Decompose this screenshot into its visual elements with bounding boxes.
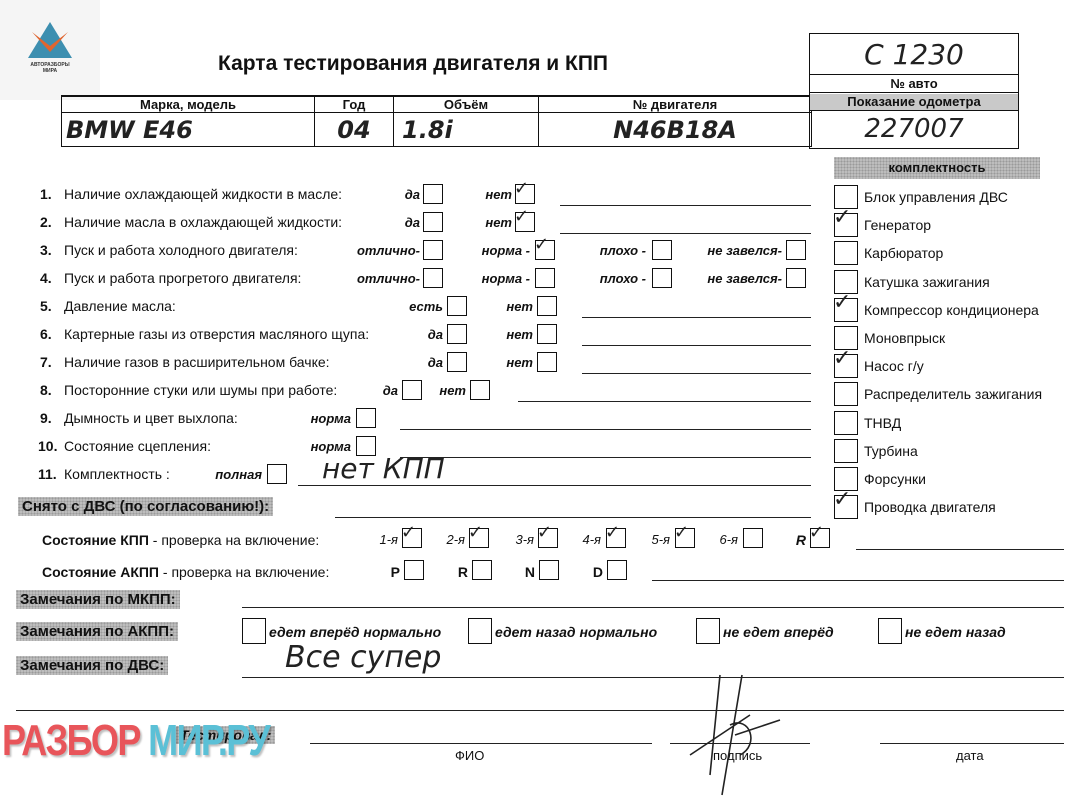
akpp-remark-label: не едет назад — [905, 624, 1006, 640]
option-checkbox[interactable]: ✓ — [535, 240, 555, 260]
option-checkbox[interactable] — [423, 240, 443, 260]
make-model-field[interactable]: BMW E46 — [62, 113, 315, 147]
option-label: полная — [215, 467, 262, 482]
option-label: норма — [311, 411, 351, 426]
volume-field[interactable]: 1.8i — [394, 113, 539, 147]
option-checkbox[interactable]: ✓ — [515, 212, 535, 232]
option-label: нет — [439, 383, 466, 398]
question-notes-input[interactable] — [400, 429, 811, 430]
vehicle-info-table: Марка, модель Год Объём № двигателя BMW … — [61, 95, 812, 147]
option-label: отлично- — [357, 271, 420, 286]
question-number: 10. — [38, 438, 57, 454]
option-label: норма - — [482, 271, 530, 286]
kpp-label: Состояние КПП - проверка на включение: — [42, 532, 319, 548]
option-label: да — [383, 383, 398, 398]
option-label: плохо - — [600, 243, 646, 258]
akpp-remarks-label: Замечания по АКПП: — [16, 622, 178, 641]
akpp-remark-checkbox[interactable] — [878, 618, 902, 644]
gear-checkbox[interactable]: ✓ — [469, 528, 489, 548]
question-text: Комплектность : — [64, 466, 170, 482]
option-checkbox[interactable] — [447, 352, 467, 372]
question-text: Наличие газов в расширительном бачке: — [64, 354, 330, 370]
auto-number-field[interactable]: C 1230 — [810, 38, 1018, 75]
company-logo: АВТОРАЗБОРЫМИРА — [0, 0, 100, 100]
option-checkbox[interactable] — [470, 380, 490, 400]
gear-label: 1-я — [379, 532, 398, 547]
completeness-checkbox[interactable] — [834, 439, 858, 463]
gear-checkbox[interactable]: ✓ — [675, 528, 695, 548]
checkmark-icon: ✓ — [534, 235, 549, 255]
completeness-item-label: Катушка зажигания — [864, 274, 990, 290]
dvs-remarks-label: Замечания по ДВС: — [16, 656, 168, 675]
completeness-checkbox[interactable] — [834, 411, 858, 435]
column-header-make: Марка, модель — [62, 96, 315, 113]
option-checkbox[interactable] — [447, 296, 467, 316]
option-checkbox[interactable] — [537, 296, 557, 316]
fio-label: ФИО — [455, 748, 484, 763]
checkmark-icon: ✓ — [605, 523, 620, 543]
dvs-remarks-value[interactable]: Все супер — [285, 640, 441, 675]
completeness-header: комплектность — [834, 157, 1040, 179]
removed-label: Снято с ДВС (по согласованию!): — [18, 497, 273, 516]
question-notes-input[interactable] — [582, 373, 811, 374]
gear-checkbox[interactable]: ✓ — [402, 528, 422, 548]
mkpp-remarks-input[interactable] — [242, 607, 1064, 608]
question-notes-input[interactable] — [582, 345, 811, 346]
akpp-position-checkbox[interactable] — [607, 560, 627, 580]
option-checkbox[interactable] — [652, 240, 672, 260]
option-checkbox[interactable]: ✓ — [515, 184, 535, 204]
option-label: норма - — [482, 243, 530, 258]
gear-label: 2-я — [446, 532, 465, 547]
kpp-notes-input[interactable] — [856, 549, 1064, 550]
question-number: 2. — [40, 214, 52, 230]
gear-checkbox[interactable]: ✓ — [606, 528, 626, 548]
completeness-checkbox[interactable] — [834, 382, 858, 406]
akpp-remark-checkbox[interactable] — [242, 618, 266, 644]
option-label: да — [428, 327, 443, 342]
column-header-volume: Объём — [394, 96, 539, 113]
akpp-position-label: D — [593, 564, 603, 580]
option-checkbox[interactable] — [402, 380, 422, 400]
option-checkbox[interactable] — [535, 268, 555, 288]
odometer-label: Показание одометра — [810, 94, 1018, 111]
akpp-remark-checkbox[interactable] — [468, 618, 492, 644]
dvs-remarks-line-2[interactable] — [16, 710, 1064, 711]
akpp-position-label: P — [391, 564, 400, 580]
watermark: РАЗБОР МИР.РУ — [2, 716, 269, 766]
option-label: не завелся- — [707, 243, 782, 258]
option-checkbox[interactable] — [537, 324, 557, 344]
question-notes-input[interactable] — [560, 233, 811, 234]
akpp-position-checkbox[interactable] — [539, 560, 559, 580]
option-checkbox[interactable] — [786, 240, 806, 260]
completeness-item-label: Насос г/у — [864, 358, 924, 374]
auto-info-box: C 1230 № авто Показание одометра 227007 — [809, 33, 1019, 149]
completeness-checkbox[interactable]: ✓ — [834, 213, 858, 237]
option-label: нет — [485, 215, 512, 230]
gear-label: 3-я — [515, 532, 534, 547]
gear-label: 4-я — [582, 532, 601, 547]
question-text: Состояние сцепления: — [64, 438, 211, 454]
removed-input[interactable] — [335, 517, 811, 518]
option-label: есть — [409, 299, 443, 314]
completeness-item-label: Распределитель зажигания — [864, 386, 1042, 402]
gear-checkbox[interactable]: ✓ — [538, 528, 558, 548]
completeness-item-label: Генератор — [864, 217, 931, 233]
page-title: Карта тестирования двигателя и КПП — [218, 52, 608, 76]
signature-scribble-icon — [680, 655, 790, 805]
question-number: 11. — [38, 466, 57, 482]
question-number: 4. — [40, 270, 52, 286]
option-label: да — [428, 355, 443, 370]
question-notes-input[interactable] — [518, 401, 811, 402]
question-text: Наличие масла в охлаждающей жидкости: — [64, 214, 342, 230]
option-checkbox[interactable] — [447, 324, 467, 344]
column-header-engine-number: № двигателя — [539, 96, 812, 113]
option-label: да — [405, 215, 420, 230]
fio-input[interactable] — [310, 743, 652, 744]
completeness-checkbox[interactable]: ✓ — [834, 495, 858, 519]
akpp-remark-label: едет назад нормально — [495, 624, 657, 640]
option-label: отлично- — [357, 243, 420, 258]
question-number: 1. — [40, 186, 52, 202]
completeness-checkbox[interactable]: ✓ — [834, 354, 858, 378]
option-checkbox[interactable] — [423, 184, 443, 204]
question-number: 6. — [40, 326, 52, 342]
completeness-item-label: ТНВД — [864, 415, 901, 431]
option-checkbox[interactable] — [786, 268, 806, 288]
option-checkbox[interactable] — [423, 268, 443, 288]
question-text: Пуск и работа холодного двигателя: — [64, 242, 298, 258]
question-text: Давление масла: — [64, 298, 176, 314]
checkmark-icon: ✓ — [833, 349, 851, 369]
option-checkbox[interactable] — [356, 408, 376, 428]
gear-label: R — [796, 532, 806, 548]
date-label: дата — [956, 748, 984, 763]
question-notes-input[interactable] — [400, 457, 811, 458]
option-checkbox[interactable] — [652, 268, 672, 288]
question-notes-input[interactable] — [298, 485, 811, 486]
completeness-item-label: Турбина — [864, 443, 918, 459]
checkmark-icon: ✓ — [833, 490, 851, 510]
year-field[interactable]: 04 — [315, 113, 394, 147]
gear-label: 6-я — [719, 532, 738, 547]
completeness-item-label: Форсунки — [864, 471, 926, 487]
akpp-position-label: N — [525, 564, 535, 580]
option-label: да — [405, 187, 420, 202]
akpp-position-label: R — [458, 564, 468, 580]
question-text: Наличие охлаждающей жидкости в масле: — [64, 186, 342, 202]
date-input[interactable] — [880, 743, 1064, 744]
mkpp-remarks-label: Замечания по МКПП: — [16, 590, 180, 609]
option-label: плохо - — [600, 271, 646, 286]
akpp-position-checkbox[interactable] — [472, 560, 492, 580]
question-number: 5. — [40, 298, 52, 314]
dvs-remarks-line-1[interactable] — [242, 677, 1064, 678]
column-header-year: Год — [315, 96, 394, 113]
gear-checkbox[interactable]: ✓ — [810, 528, 830, 548]
akpp-remark-label: едет вперёд нормально — [269, 624, 441, 640]
akpp-remark-label: не едет вперёд — [723, 624, 834, 640]
completeness-checkbox[interactable]: ✓ — [834, 298, 858, 322]
question-text: Дымность и цвет выхлопа: — [64, 410, 238, 426]
checkmark-icon: ✓ — [674, 523, 689, 543]
engine-number-field[interactable]: N46B18A — [539, 113, 812, 147]
option-label: не завелся- — [707, 271, 782, 286]
question-notes-input[interactable] — [560, 205, 811, 206]
question-number: 9. — [40, 410, 52, 426]
logo-mountain-icon — [28, 22, 72, 62]
checkmark-icon: ✓ — [809, 523, 824, 543]
completeness-item-label: Компрессор кондиционера — [864, 302, 1039, 318]
question-text: Посторонние стуки или шумы при работе: — [64, 382, 337, 398]
checkmark-icon: ✓ — [514, 207, 529, 227]
logo-text: АВТОРАЗБОРЫМИРА — [20, 62, 80, 74]
option-label: нет — [506, 327, 533, 342]
checkmark-icon: ✓ — [514, 179, 529, 199]
option-label: нет — [485, 187, 512, 202]
option-label: нет — [506, 355, 533, 370]
checkmark-icon: ✓ — [401, 523, 416, 543]
question-text: Пуск и работа прогретого двигателя: — [64, 270, 301, 286]
completeness-item-label: Проводка двигателя — [864, 499, 996, 515]
question-number: 7. — [40, 354, 52, 370]
checkmark-icon: ✓ — [833, 208, 851, 228]
checkmark-icon: ✓ — [537, 523, 552, 543]
checkmark-icon: ✓ — [468, 523, 483, 543]
completeness-checkbox[interactable] — [834, 241, 858, 265]
option-label: нет — [506, 299, 533, 314]
akpp-label: Состояние АКПП - проверка на включение: — [42, 564, 329, 580]
odometer-field[interactable]: 227007 — [810, 114, 1018, 144]
option-checkbox[interactable] — [423, 212, 443, 232]
question-number: 8. — [40, 382, 52, 398]
checkmark-icon: ✓ — [833, 293, 851, 313]
akpp-remark-checkbox[interactable] — [696, 618, 720, 644]
akpp-notes-input[interactable] — [652, 580, 1064, 581]
question-number: 3. — [40, 242, 52, 258]
completeness-item-label: Блок управления ДВС — [864, 189, 1008, 205]
completeness-note[interactable]: нет КПП — [322, 452, 445, 485]
akpp-position-checkbox[interactable] — [404, 560, 424, 580]
question-notes-input[interactable] — [582, 317, 811, 318]
question-text: Картерные газы из отверстия масляного щу… — [64, 326, 369, 342]
option-checkbox[interactable] — [537, 352, 557, 372]
completeness-item-label: Карбюратор — [864, 245, 943, 261]
option-checkbox[interactable] — [267, 464, 287, 484]
gear-label: 5-я — [651, 532, 670, 547]
auto-number-label: № авто — [810, 76, 1018, 93]
completeness-item-label: Моновпрыск — [864, 330, 945, 346]
gear-checkbox[interactable] — [743, 528, 763, 548]
